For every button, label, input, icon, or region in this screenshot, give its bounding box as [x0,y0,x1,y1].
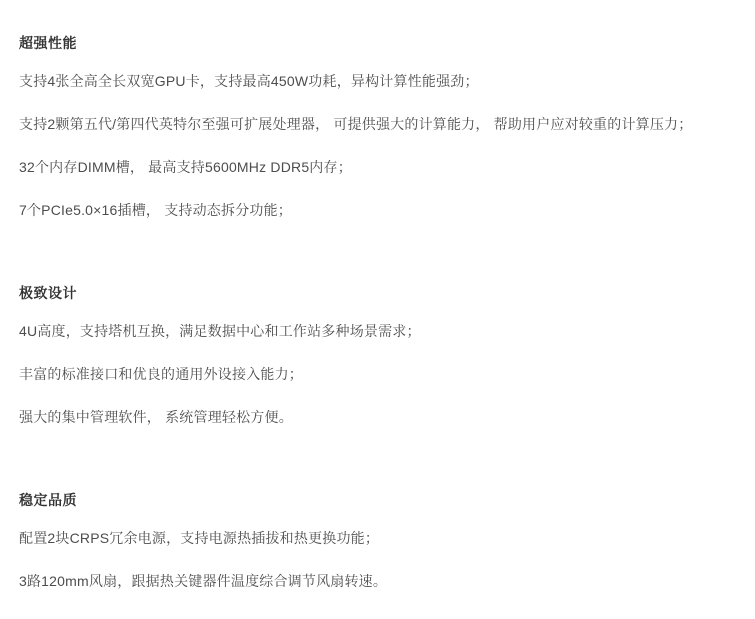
feature-line: 7个PCIe5.0×16插槽， 支持动态拆分功能； [19,200,735,220]
product-features-page: 超强性能 支持4张全高全长双宽GPU卡，支持最高450W功耗，异构计算性能强劲；… [0,0,755,619]
feature-line: 3路120mm风扇，跟据热关键器件温度综合调节风扇转速。 [19,571,735,591]
feature-line: 支持2颗第五代/第四代英特尔至强可扩展处理器， 可提供强大的计算能力， 帮助用户… [19,114,735,134]
feature-line: 4U高度，支持塔机互换，满足数据中心和工作站多种场景需求； [19,321,735,341]
section-quality: 稳定品质 配置2块CRPS冗余电源，支持电源热插拔和热更换功能； 3路120mm… [19,490,735,591]
section-heading: 超强性能 [19,33,735,53]
section-heading: 极致设计 [19,283,735,303]
section-performance: 超强性能 支持4张全高全长双宽GPU卡，支持最高450W功耗，异构计算性能强劲；… [19,33,735,220]
feature-line: 丰富的标准接口和优良的通用外设接入能力； [19,364,735,384]
section-design: 极致设计 4U高度，支持塔机互换，满足数据中心和工作站多种场景需求； 丰富的标准… [19,283,735,427]
feature-line: 强大的集中管理软件， 系统管理轻松方便。 [19,407,735,427]
feature-line: 支持4张全高全长双宽GPU卡，支持最高450W功耗，异构计算性能强劲； [19,71,735,91]
feature-line: 32个内存DIMM槽， 最高支持5600MHz DDR5内存； [19,157,735,177]
section-heading: 稳定品质 [19,490,735,510]
feature-line: 配置2块CRPS冗余电源，支持电源热插拔和热更换功能； [19,528,735,548]
